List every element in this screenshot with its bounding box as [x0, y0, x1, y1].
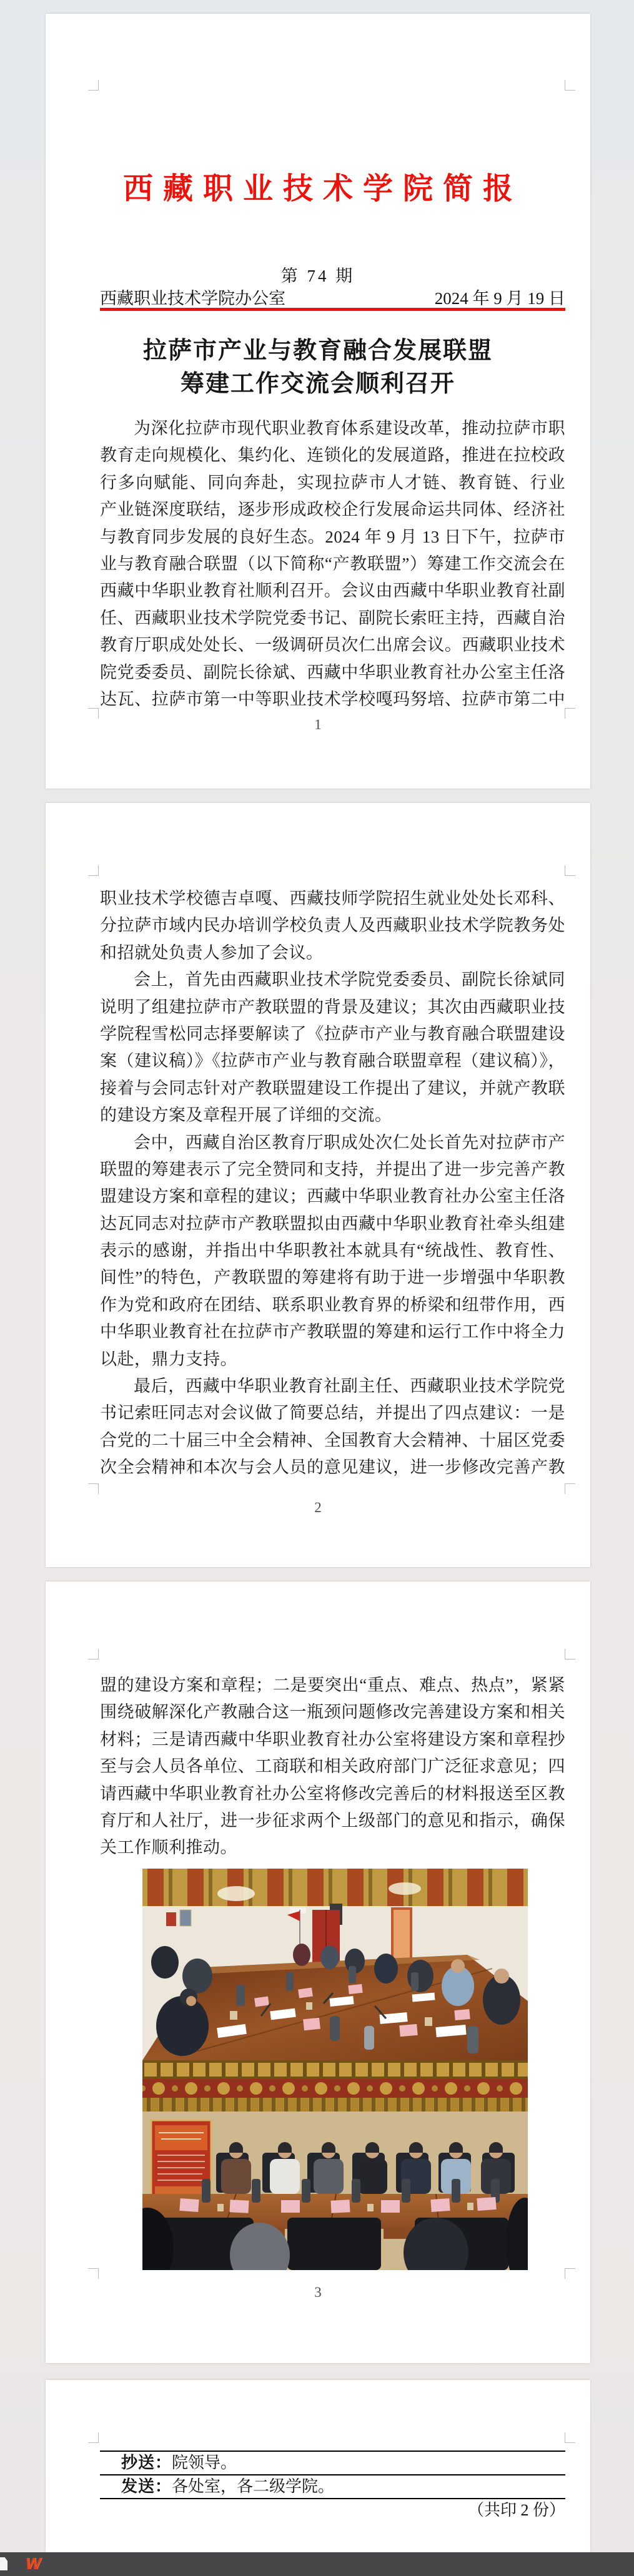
body-text-line: 最后，西藏中华职业教育社副主任、西藏职业技术学院党委 — [100, 1373, 565, 1400]
margin-mark — [88, 1649, 99, 1659]
body-text-line: 院党委委员、副院长徐斌、西藏中华职业教育社办公室主任洛桑 — [100, 659, 565, 686]
body-text-line: 间性”的特色，产教联盟的筹建将有助于进一步增强中华职教社 — [100, 1264, 565, 1291]
wps-logo-icon[interactable]: W — [24, 2554, 42, 2573]
article-title-line2: 筹建工作交流会顺利召开 — [46, 368, 590, 401]
body-text-line: 至与会人员各单位、工商联和相关政府部门广泛征求意见；四是 — [100, 1753, 565, 1780]
print-count-note: （共印 2 份） — [100, 2497, 565, 2520]
body-text-line: 会上，首先由西藏职业技术学院党委委员、副院长徐斌同志 — [100, 966, 565, 993]
body-text-line: 达瓦同志对拉萨市产教联盟拟由西藏中华职业教育社牵头组建 — [100, 1211, 565, 1237]
page-3-body: 盟的建设方案和章程；二是要突出“重点、难点、热点”，紧紧围绕破解深化产教融合这一… — [100, 1672, 565, 1862]
body-text-line: 次全会精神和本次与会人员的意见建议，进一步修改完善产教联 — [100, 1454, 565, 1481]
body-text-line: 接着与会同志针对产教联盟建设工作提出了建议，并就产教联盟 — [100, 1075, 565, 1102]
copy-to-label: 抄送： — [121, 2454, 172, 2472]
body-text-line: 表示的感谢，并指出中华职教社本就具有“统战性、教育性、民 — [100, 1237, 565, 1264]
margin-mark — [88, 1483, 99, 1494]
body-text-line: 产业链深度联结，逐步形成政校企行发展命运共同体、经济社会 — [100, 496, 565, 523]
body-text-line: 盟的建设方案和章程；二是要突出“重点、难点、热点”，紧紧 — [100, 1672, 565, 1699]
body-text-line: 育厅和人社厅，进一步征求两个上级部门的意见和指示，确保相 — [100, 1807, 565, 1834]
body-text-line: 案（建议稿）》《拉萨市产业与教育融合联盟章程（建议稿）》， — [100, 1048, 565, 1074]
body-text-line: 合党的二十届三中全会精神、全国教育大会精神、十届区党委六 — [100, 1427, 565, 1454]
margin-mark — [565, 80, 575, 91]
bulletin-title: 西藏职业技术学院简报 — [46, 172, 590, 206]
meeting-photo-wide — [142, 1869, 528, 2060]
body-text-line: 西藏中华职业教育社顺利召开。会议由西藏中华职业教育社副主 — [100, 578, 565, 604]
send-to-label: 发送： — [121, 2477, 172, 2495]
page-number: 1 — [46, 717, 590, 733]
copy-to-row: 抄送：院领导。 — [100, 2452, 565, 2475]
page-2: 职业技术学校德吉卓嘎、西藏技师学院招生就业处处长邓科、部分拉萨市域内民办培训学校… — [46, 803, 590, 1567]
margin-mark — [88, 2432, 99, 2443]
margin-mark — [565, 2268, 575, 2279]
page-1: 西藏职业技术学院简报 第 74 期 西藏职业技术学院办公室 2024 年 9 月… — [46, 14, 590, 789]
copy-to-value: 院领导。 — [172, 2454, 237, 2472]
body-text-line: 任、西藏职业技术学院党委书记、副院长索旺主持，西藏自治区 — [100, 605, 565, 632]
body-text-line: 为深化拉萨市现代职业教育体系建设改革，推动拉萨市职业 — [100, 415, 565, 442]
body-text-line: 与教育同步发展的良好生态。2024 年 9 月 13 日下午，拉萨市产 — [100, 524, 565, 551]
page-3: 盟的建设方案和章程；二是要突出“重点、难点、热点”，紧紧围绕破解深化产教融合这一… — [46, 1581, 590, 2363]
body-text-line: 会中，西藏自治区教育厅职成处次仁处长首先对拉萨市产教 — [100, 1129, 565, 1156]
masthead-rule — [100, 308, 565, 311]
margin-mark — [565, 865, 575, 876]
page-1-body: 为深化拉萨市现代职业教育体系建设改革，推动拉萨市职业教育走向规模化、集约化、连锁… — [100, 415, 565, 713]
article-title: 拉萨市产业与教育融合发展联盟 筹建工作交流会顺利召开 — [46, 335, 590, 401]
body-text-line: 的建设方案及章程开展了详细的交流。 — [100, 1102, 565, 1129]
body-text-line: 作为党和政府在团结、联系职业教育界的桥梁和纽带作用，西藏 — [100, 1292, 565, 1319]
issue-date: 2024 年 9 月 19 日 — [435, 285, 565, 309]
send-to-value: 各处室，各二级学院。 — [172, 2477, 334, 2495]
page-2-body: 职业技术学校德吉卓嘎、西藏技师学院招生就业处处长邓科、部分拉萨市域内民办培训学校… — [100, 885, 565, 1482]
body-text-line: 职业技术学校德吉卓嘎、西藏技师学院招生就业处处长邓科、部 — [100, 885, 565, 912]
margin-mark — [565, 1649, 575, 1659]
body-text-line: 围绕破解深化产教融合这一瓶颈问题修改完善建设方案和相关 — [100, 1699, 565, 1726]
body-text-line: 说明了组建拉萨市产教联盟的背景及建议；其次由西藏职业技术 — [100, 994, 565, 1021]
margin-mark — [565, 2432, 575, 2443]
body-text-line: 达瓦、拉萨市第一中等职业技术学校嘎玛努培、拉萨市第二中等 — [100, 686, 565, 713]
body-text-line: 学院程雪松同志择要解读了《拉萨市产业与教育融合联盟建设方 — [100, 1021, 565, 1048]
body-text-line: 材料；三是请西藏中华职业教育社办公室将建设方案和章程抄送 — [100, 1726, 565, 1753]
body-text-line: 书记索旺同志对会议做了简要总结，并提出了四点建议：一是结 — [100, 1400, 565, 1427]
body-text-line: 教育厅职成处处长、一级调研员次仁出席会议。西藏职业技术学 — [100, 632, 565, 659]
body-text-line: 和招就处负责人参加了会议。 — [100, 940, 565, 966]
body-text-line: 请西藏中华职业教育社办公室将修改完善后的材料报送至区教 — [100, 1781, 565, 1807]
meeting-photo-attendees — [142, 2060, 528, 2270]
body-text-line: 业与教育融合联盟（以下简称“产教联盟”）筹建工作交流会在 — [100, 551, 565, 578]
body-text-line: 关工作顺利推动。 — [100, 1834, 565, 1861]
issuing-office: 西藏职业技术学院办公室 — [100, 285, 285, 309]
body-text-line: 行多向赋能、同向奔赴，实现拉萨市人才链、教育链、行业链、 — [100, 469, 565, 496]
margin-mark — [565, 1483, 575, 1494]
article-title-line1: 拉萨市产业与教育融合发展联盟 — [46, 335, 590, 368]
body-text-line: 盟建设方案和章程的建议；西藏中华职业教育社办公室主任洛桑 — [100, 1183, 565, 1210]
body-text-line: 以赴，鼎力支持。 — [100, 1346, 565, 1373]
margin-mark — [88, 2268, 99, 2279]
page-number: 3 — [46, 2284, 590, 2301]
body-text-line: 分拉萨市域内民办培训学校负责人及西藏职业技术学院教务处 — [100, 912, 565, 939]
taskbar: W — [0, 2552, 634, 2576]
body-text-line: 联盟的筹建表示了完全赞同和支持，并提出了进一步完善产教联 — [100, 1156, 565, 1183]
issue-number: 第 74 期 — [46, 262, 590, 287]
masthead-line: 西藏职业技术学院办公室 2024 年 9 月 19 日 — [100, 285, 565, 309]
page-number: 2 — [46, 1500, 590, 1516]
body-text-line: 中华职业教育社在拉萨市产教联盟的筹建和运行工作中将全力 — [100, 1319, 565, 1345]
body-text-line: 教育走向规模化、集约化、连锁化的发展道路，推进在拉校政企 — [100, 442, 565, 469]
distribution-table: 抄送：院领导。 发送：各处室，各二级学院。 — [100, 2451, 565, 2499]
document-icon[interactable] — [0, 2557, 7, 2570]
page-4: 抄送：院领导。 发送：各处室，各二级学院。 （共印 2 份） — [46, 2380, 590, 2552]
margin-mark — [88, 865, 99, 876]
margin-mark — [88, 80, 99, 91]
send-to-row: 发送：各处室，各二级学院。 — [100, 2475, 565, 2499]
